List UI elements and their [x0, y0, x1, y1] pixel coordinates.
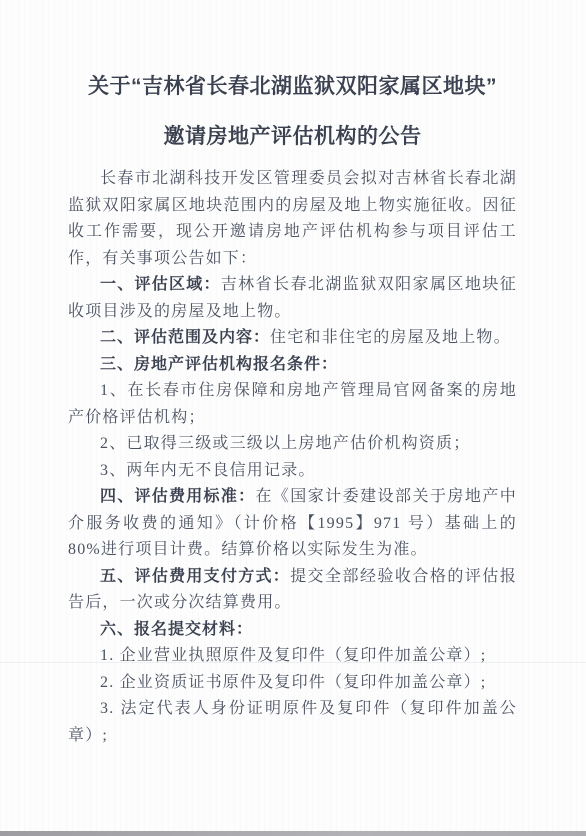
material-item-1: 1. 企业营业执照原件及复印件（复印件加盖公章）; [68, 643, 517, 670]
material-item-3: 3. 法定代表人身份证明原件及复印件（复印件加盖公章）; [68, 696, 517, 749]
section-scope-content-heading: 二、评估范围及内容： [100, 329, 270, 346]
requirement-item-1: 1、在长春市住房保障和房地产管理局官网备案的房地产价格评估机构； [68, 378, 517, 431]
section-payment-method: 五、评估费用支付方式：提交全部经验收合格的评估报告后，一次或分次结算费用。 [68, 564, 517, 617]
scanned-document-page: 关于“吉林省长春北湖监狱双阳家属区地块” 邀请房地产评估机构的公告 长春市北湖科… [0, 0, 586, 836]
section-payment-method-heading: 五、评估费用支付方式： [100, 568, 290, 585]
section-appraisal-area: 一、评估区域：吉林省长春北湖监狱双阳家属区地块征收项目涉及的房屋及地上物。 [68, 272, 517, 325]
requirement-item-2: 2、已取得三级或三级以上房地产估价机构资质； [68, 431, 517, 458]
material-item-2: 2. 企业资质证书原件及复印件（复印件加盖公章）; [68, 670, 517, 697]
requirement-item-3: 3、两年内无不良信用记录。 [68, 458, 517, 485]
section-application-materials: 六、报名提交材料： [68, 617, 517, 644]
title-line-1: 关于“吉林省长春北湖监狱双阳家属区地块” [68, 62, 517, 112]
section-scope-content-text: 住宅和非住宅的房屋及地上物。 [270, 329, 511, 346]
announcement-document: 关于“吉林省长春北湖监狱双阳家属区地块” 邀请房地产评估机构的公告 长春市北湖科… [0, 0, 586, 749]
page-title: 关于“吉林省长春北湖监狱双阳家属区地块” 邀请房地产评估机构的公告 [68, 62, 517, 162]
intro-paragraph: 长春市北湖科技开发区管理委员会拟对吉林省长春北湖监狱双阳家属区地块范围内的房屋及… [68, 166, 517, 272]
section-fee-standard-heading: 四、评估费用标准： [100, 488, 255, 505]
title-line-2: 邀请房地产评估机构的公告 [68, 112, 517, 162]
section-application-materials-heading: 六、报名提交材料： [100, 621, 253, 638]
section-fee-standard: 四、评估费用标准：在《国家计委建设部关于房地产中介服务收费的通知》（计价格【19… [68, 484, 517, 564]
section-scope-content: 二、评估范围及内容：住宅和非住宅的房屋及地上物。 [68, 325, 517, 352]
page-bottom-edge [0, 831, 586, 836]
section-agency-requirements: 三、房地产评估机构报名条件： [68, 352, 517, 379]
section-appraisal-area-heading: 一、评估区域： [100, 276, 221, 293]
section-agency-requirements-heading: 三、房地产评估机构报名条件： [100, 356, 338, 373]
